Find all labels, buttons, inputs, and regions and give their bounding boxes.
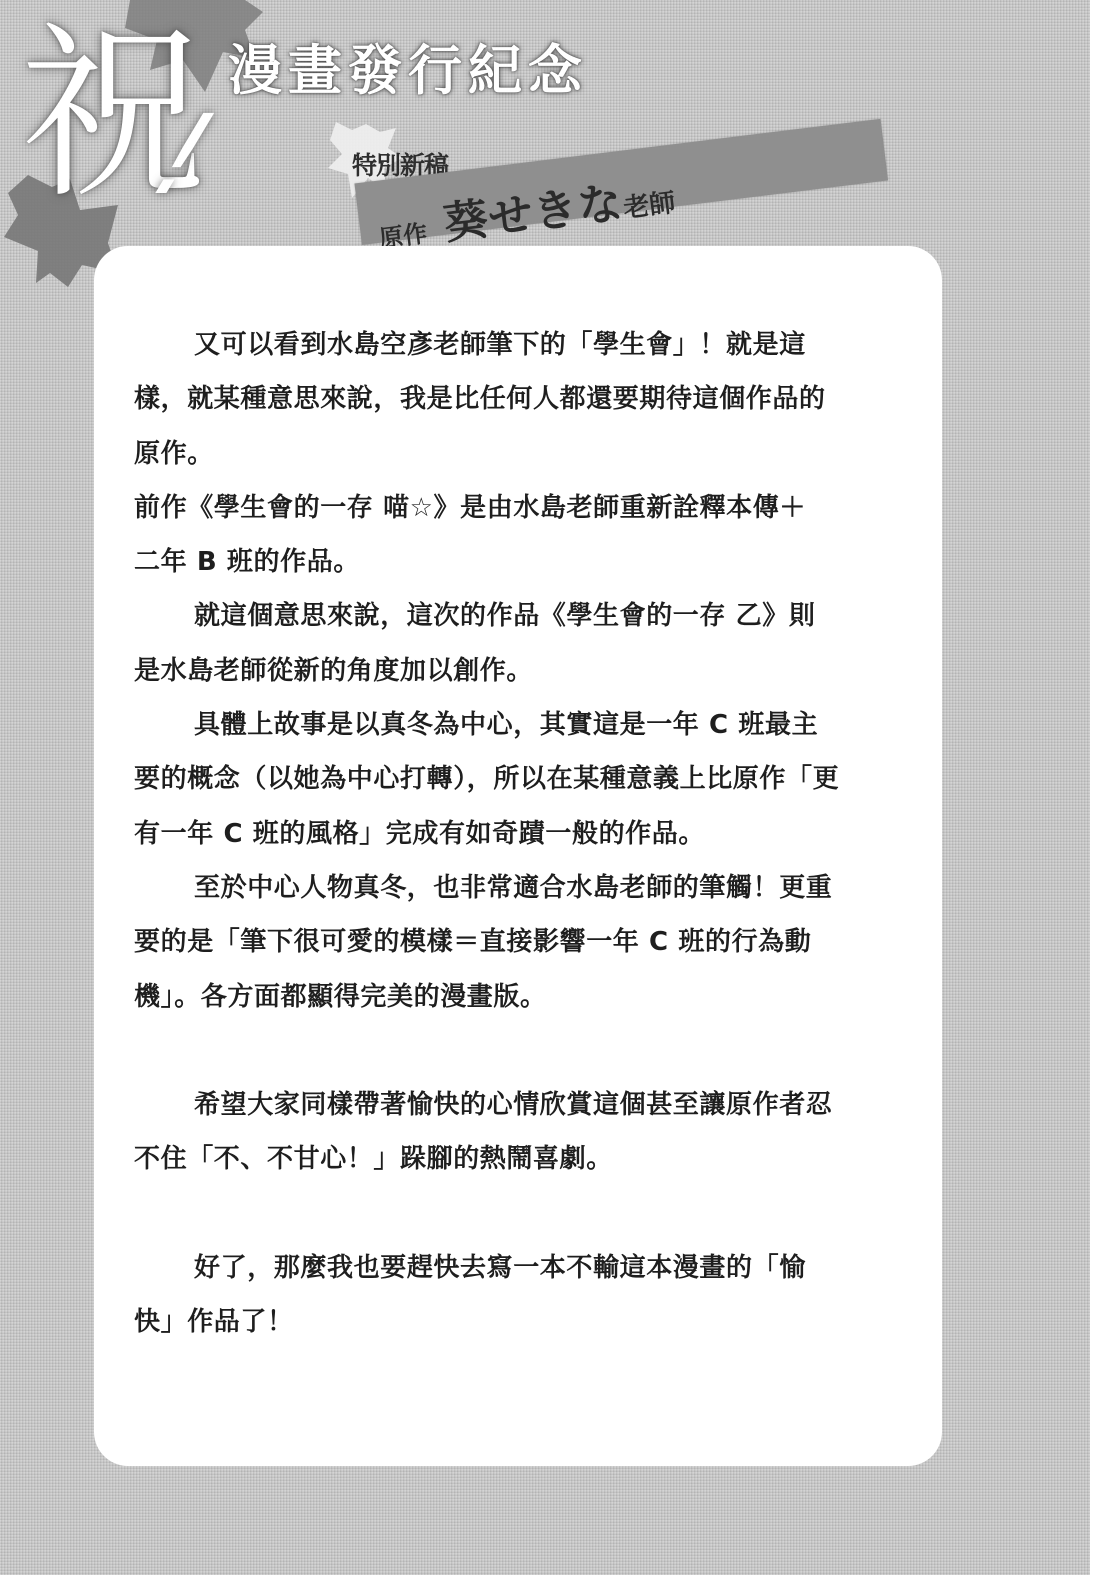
text-line: 不住「不、不甘心！」跺腳的熱鬧喜劇。	[134, 1132, 914, 1186]
page-title: 漫畫發行紀念	[228, 28, 588, 105]
text-line: 希望大家同樣帶著愉快的心情欣賞這個甚至讓原作者忍	[134, 1078, 914, 1132]
text-line: 要的是「筆下很可愛的模樣＝直接影響一年 C 班的行為動	[134, 915, 914, 969]
text-line: 原作。	[134, 427, 914, 481]
author-name: 葵せきな	[441, 177, 626, 250]
afterword-text: 又可以看到水島空彥老師筆下的「學生會」！就是這 樣，就某種意思來說，我是比任何人…	[134, 318, 914, 1350]
text-line: 又可以看到水島空彥老師筆下的「學生會」！就是這	[134, 318, 914, 372]
text-line: 樣，就某種意思來說，我是比任何人都還要期待這個作品的	[134, 372, 914, 426]
text-line: 好了，那麼我也要趕快去寫一本不輸這本漫畫的「愉	[134, 1241, 914, 1295]
text-line: 前作《學生會的一存 喵☆》是由水島老師重新詮釋本傳＋	[134, 481, 914, 535]
text-line: 機」。各方面都顯得完美的漫畫版。	[134, 970, 914, 1024]
blank-line	[134, 1024, 914, 1078]
author-honorific: 老師	[622, 188, 677, 224]
blank-line	[134, 1187, 914, 1241]
text-line: 至於中心人物真冬，也非常適合水島老師的筆觸！更重	[134, 861, 914, 915]
page-edge	[1090, 0, 1100, 1575]
text-line: 有一年 C 班的風格」完成有如奇蹟一般的作品。	[134, 807, 914, 861]
text-line: 就這個意思來說，這次的作品《學生會的一存 乙》則	[134, 589, 914, 643]
text-line: 是水島老師從新的角度加以創作。	[134, 644, 914, 698]
text-line: 二年 B 班的作品。	[134, 535, 914, 589]
text-line: 具體上故事是以真冬為中心，其實這是一年 C 班最主	[134, 698, 914, 752]
text-line: 快」作品了！	[134, 1295, 914, 1349]
text-line: 要的概念（以她為中心打轉），所以在某種意義上比原作「更	[134, 752, 914, 806]
